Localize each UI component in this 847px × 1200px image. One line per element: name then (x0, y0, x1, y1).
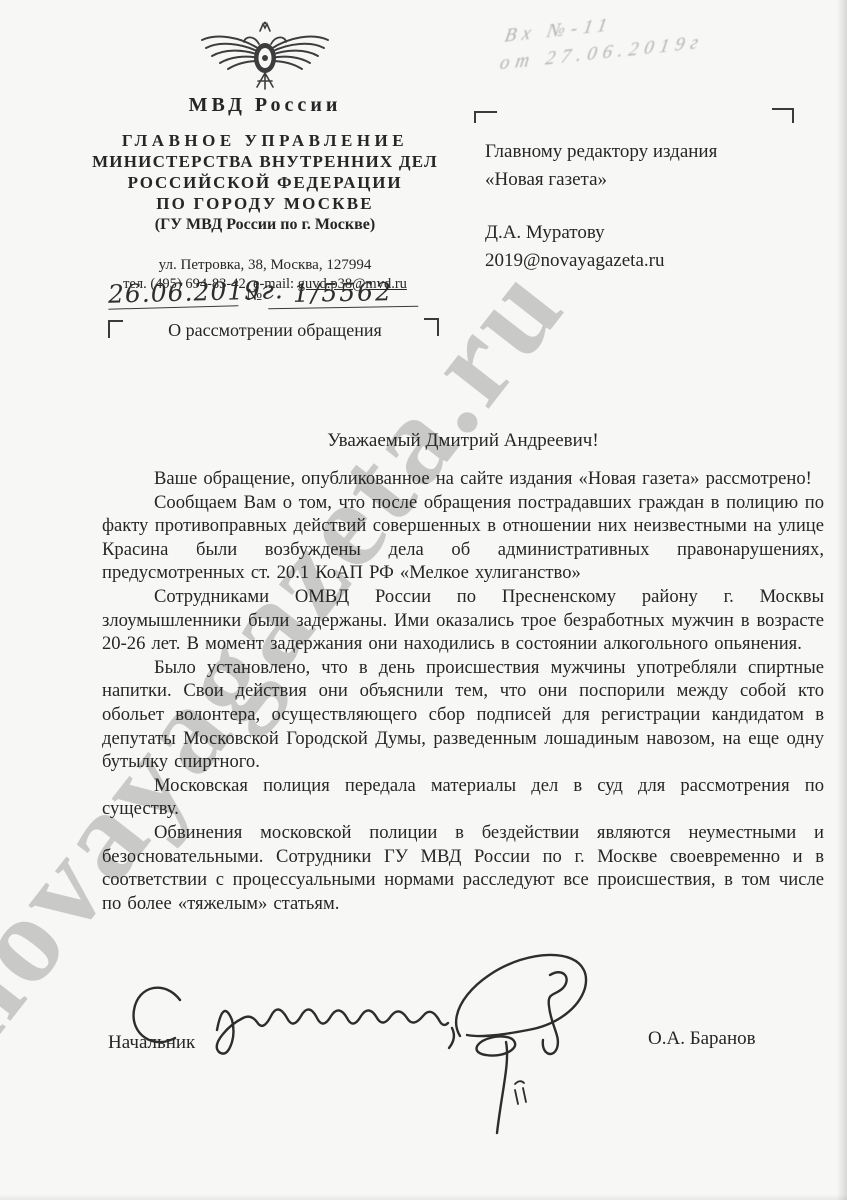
org-name: МВД России (68, 94, 462, 117)
recipient-line1: Главному редактору издания (485, 138, 805, 166)
outgoing-number-handwritten: 1/5562 (268, 277, 419, 310)
scan-edge-shadow-bottom (0, 1194, 847, 1200)
salutation: Уважаемый Дмитрий Андреевич! (102, 430, 824, 452)
dept-line2: МИНИСТЕРСТВА ВНУТРЕННИХ ДЕЛ (68, 152, 462, 172)
scan-edge-shadow (837, 0, 847, 1200)
recipient-gap (485, 194, 805, 219)
dept-line3: РОССИЙСКОЙ ФЕДЕРАЦИИ (68, 173, 462, 193)
recipient-line2: «Новая газета» (485, 166, 805, 194)
dept-line5: (ГУ МВД России по г. Москве) (68, 216, 462, 234)
recipient-corner-right (772, 108, 794, 123)
pencil-registration-note: Вх №-11 от 27.06.2019г (498, 1, 712, 78)
paragraph-1: Ваше обращение, опубликованное на сайте … (102, 467, 824, 491)
mvd-double-headed-eagle-icon (199, 20, 331, 90)
dept-line4: ПО ГОРОДУ МОСКВЕ (68, 194, 462, 214)
signer-name: О.А. Баранов (648, 1028, 756, 1050)
reference-row: 26.06.2019г.№1/5562 (108, 278, 438, 308)
paragraph-6: Обвинения московской полиции в бездейств… (102, 821, 824, 915)
paragraph-3: Сотрудниками ОМВД России по Пресненскому… (102, 585, 824, 656)
recipient-corner-left (474, 111, 497, 123)
recipient-block: Главному редактору издания «Новая газета… (485, 138, 805, 275)
paragraph-5: Московская полиция передала материалы де… (102, 774, 824, 821)
dept-line1: ГЛАВНОЕ УПРАВЛЕНИЕ (68, 131, 462, 151)
outgoing-date-handwritten: 26.06.2019г. (108, 276, 239, 309)
recipient-email: 2019@novayagazeta.ru (485, 247, 805, 275)
postal-address: ул. Петровка, 38, Москва, 127994 (68, 257, 462, 274)
letterhead: МВД России ГЛАВНОЕ УПРАВЛЕНИЕ МИНИСТЕРСТ… (68, 20, 462, 293)
paragraph-4: Было установлено, что в день происшестви… (102, 656, 824, 774)
paragraph-2: Сообщаем Вам о том, что после обращения … (102, 491, 824, 585)
subject-line: О рассмотрении обращения (112, 320, 438, 341)
letter-body: Ваше обращение, опубликованное на сайте … (102, 467, 824, 915)
handwritten-signature-icon (95, 950, 615, 1145)
recipient-name: Д.А. Муратову (485, 219, 805, 247)
scanned-letter-page: novayagazeta.ru Вх №-11 от 27.06.2019г (0, 0, 847, 1200)
